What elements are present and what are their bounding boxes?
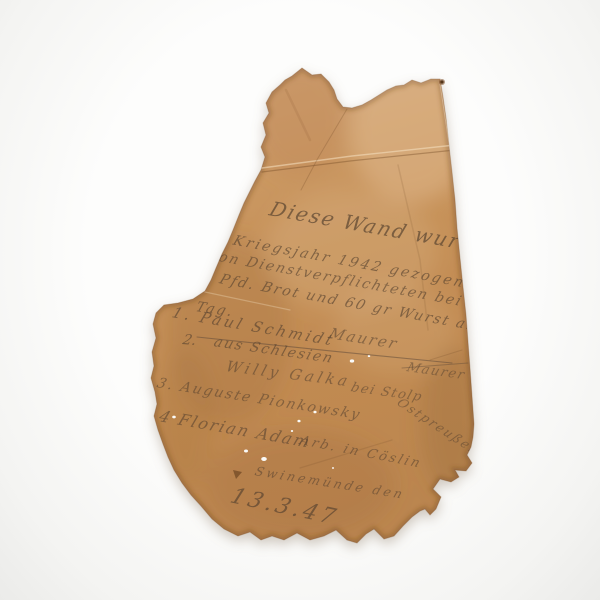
paper-fragment: Diese Wand wurde im Kriegsjahr 1942 gezo… bbox=[151, 58, 493, 543]
photo-stage: Diese Wand wurde im Kriegsjahr 1942 gezo… bbox=[0, 0, 600, 600]
pin-hole bbox=[439, 79, 445, 85]
torn-paper-note-photo: Diese Wand wurde im Kriegsjahr 1942 gezo… bbox=[0, 0, 600, 600]
